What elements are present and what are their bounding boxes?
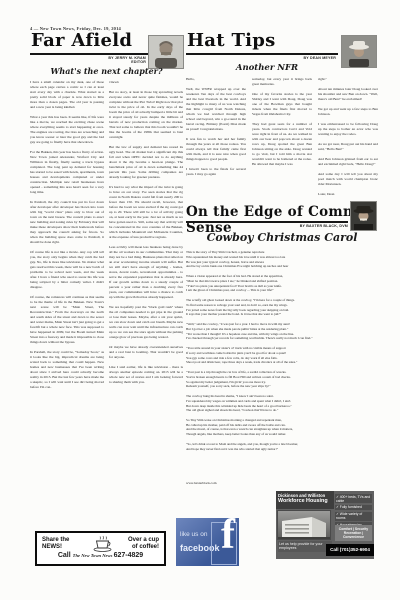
hat-tips-subhead: Another NFR [186, 63, 348, 73]
facebook-like-text: like us on [180, 531, 207, 538]
far-afield-column-1: I have a small calendar on my desk, one … [30, 80, 104, 493]
building-photo [278, 511, 330, 539]
share-news-call-line: Call The New Town News 627-4829 [37, 544, 164, 562]
share-news-line3: Over a cup [128, 537, 159, 543]
share-news-ad: Share the NEWS! Over a cup of coffee! Ca… [35, 531, 166, 566]
newspaper-page: 4 — New Town News, Friday, Dec. 19, 2014… [0, 0, 400, 600]
far-afield-byline: BY JERRY M. KRAM EDITOR [66, 56, 146, 65]
far-afield-byline-name: BY JERRY M. KRAM [108, 56, 146, 60]
poem-title: Cowboy Christmas Carol [186, 231, 378, 244]
hat-tips-byline: BY DEAN MEYER [240, 56, 336, 60]
common-sense-rule [186, 221, 348, 223]
facebook-ad: like us on facebook f [176, 518, 239, 566]
workforce-tagline: Let us help provide for your employees [278, 541, 332, 552]
workforce-title-line2: Workforce Housing [278, 498, 334, 504]
baxter-black-photo [351, 202, 376, 230]
workforce-feature: ✓ Wide variety of rooms [335, 512, 372, 521]
share-news-line1: Share the [42, 537, 69, 543]
facebook-f-icon: f [221, 518, 235, 558]
workforce-housing-ad: Dickinson and Williston Workforce Housin… [276, 491, 374, 559]
share-news-paper-name: The New Town News [73, 553, 114, 558]
far-afield-column-2: vinced. But no story, at least in those … [109, 80, 183, 493]
hat-tips-column-1: Hello, Well, the WNFR wrapped up over th… [186, 77, 246, 205]
far-afield-byline-role: EDITOR [131, 60, 146, 64]
hat-tips-column-3: right." About ten minutes later Doug loo… [318, 77, 378, 205]
hat-tips-column-2: someday, but every year it brings back g… [252, 77, 312, 205]
jerry-kram-photo [149, 36, 183, 68]
workforce-phone: Call (701)352-6904 [326, 544, 374, 556]
workforce-badge: Comfort | Security Recreation | Convenie… [335, 525, 372, 541]
far-afield-subhead: What's the next chapter? [30, 66, 183, 76]
common-sense-byline: BY BAXTER BLACK, DVM [216, 224, 348, 228]
poem-body: This is the story of Tiny Slim Crachett,… [186, 250, 378, 480]
hat-tips-title: Hat Tips [187, 30, 276, 51]
hat-tips-rule [186, 53, 338, 55]
workforce-feature: ✓ Fully furnished [335, 505, 372, 510]
far-afield-title: Far Afield [31, 30, 132, 51]
workforce-badge-line2: Recreation | Convenience [343, 531, 364, 539]
workforce-ad-title: Dickinson and Williston Workforce Housin… [276, 491, 334, 509]
workforce-feature: ✓ 400+ beds, TVs and cable [335, 494, 372, 503]
poem-website: www.baxterblack.com [186, 481, 216, 485]
share-news-phone: 627-4829 [114, 552, 144, 559]
share-news-call-label: Call [58, 552, 73, 559]
